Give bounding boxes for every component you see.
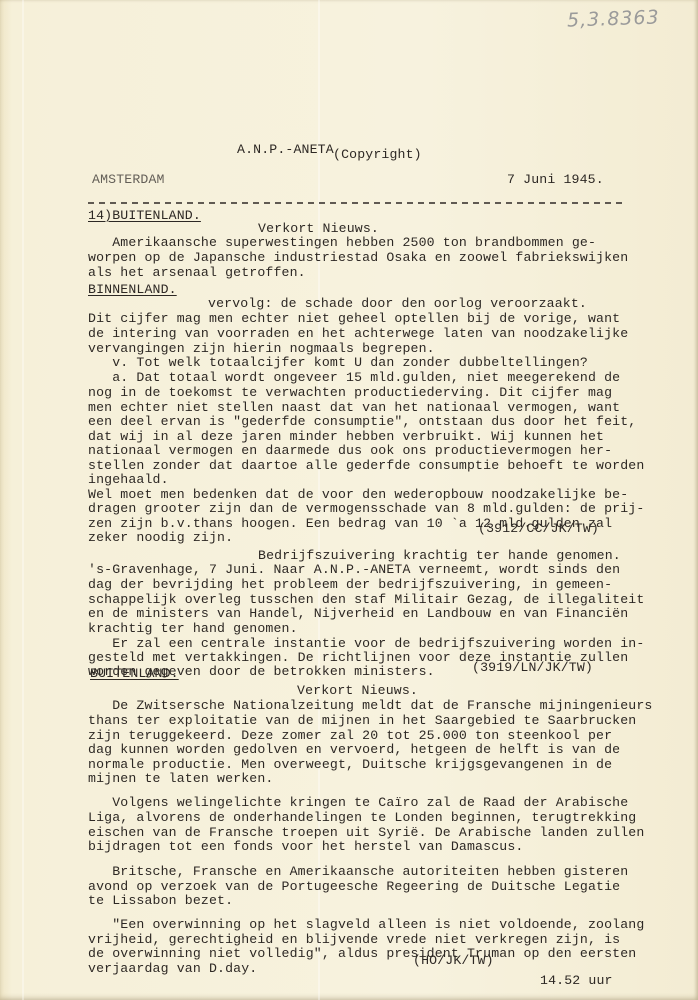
text-line: a. Dat totaal wordt ongeveer 15 mld.guld…	[88, 370, 620, 385]
text-line: nog in de toekomst te verwachten product…	[88, 385, 612, 400]
section-subheading: Verkort Nieuws.	[297, 683, 418, 698]
text-line: vrijheid, gerechtigheid en blijvende vre…	[88, 932, 620, 947]
text-line: 's-Gravenhage, 7 Juni. Naar A.N.P.-ANETA…	[88, 562, 620, 577]
text-line: Volgens welingelichte kringen te Caïro z…	[88, 795, 628, 810]
text-line: Amerikaansche superwestingen hebben 2500…	[88, 235, 596, 250]
text-line: dag der bevrijding het probleem der bedr…	[88, 577, 612, 592]
reference-code: (3912/CC/JK/TW)	[478, 521, 599, 536]
reference-code: (3919/LN/JK/TW)	[472, 660, 593, 675]
text-line: normale productie. Men overweegt, Duitsc…	[88, 757, 612, 772]
date-label: 7 Juni 1945.	[507, 172, 604, 187]
text-line: dragen grooter zijn dan de vermogensscha…	[88, 501, 644, 516]
typed-document-page: 5,3.8363 A.N.P.-ANETA (Copyright) AMSTER…	[0, 0, 698, 1000]
text-line: v. Tot welk totaalcijfer komt U dan zond…	[88, 355, 588, 370]
text-line: De Zwitsersche Nationalzeitung meldt dat…	[88, 698, 652, 713]
handwritten-archive-number: 5,3.8363	[567, 6, 660, 31]
section-subheading: Bedrijfszuivering krachtig ter hande gen…	[258, 548, 621, 563]
text-line: als het arsenaal getroffen.	[88, 265, 306, 280]
text-line: worpen op de Japansche industriestad Osa…	[88, 250, 628, 265]
text-line: vervangingen zijn hierin nogmaals begrep…	[88, 341, 435, 356]
text-line: thans ter exploitatie van de mijnen in h…	[88, 713, 636, 728]
text-line: "Een overwinning op het slagveld alleen …	[88, 917, 644, 932]
text-line: schappelijk overleg tusschen den staf Mi…	[88, 592, 644, 607]
section-heading-buitenland-2-visible: BUITENLAND.	[90, 666, 179, 681]
text-line: Wel moet men bedenken dat de voor den we…	[88, 487, 628, 502]
section-subheading: Verkort Nieuws.	[258, 221, 379, 236]
section-heading-buitenland-1: 14)BUITENLAND.	[88, 208, 201, 223]
section-subheading: vervolg: de schade door den oorlog veroo…	[208, 296, 587, 311]
separator-line	[88, 202, 626, 204]
text-line: ingehaald.	[88, 472, 169, 487]
text-line: nationaal vermogen en daarmede dus ook o…	[88, 443, 612, 458]
text-line: eischen van de Fransche troepen uit Syri…	[88, 825, 644, 840]
place-label: AMSTERDAM	[92, 172, 165, 187]
text-line: de intering van voorraden en het achterw…	[88, 326, 628, 341]
text-line: en de ministers van Handel, Nijverheid e…	[88, 606, 628, 621]
text-line: dag kunnen worden gedolven en vervoerd, …	[88, 742, 620, 757]
text-line: zijn teruggekeerd. Deze zomer zal 20 tot…	[88, 728, 612, 743]
text-line: Britsche, Fransche en Amerikaansche auto…	[88, 864, 628, 879]
timestamp: 14.52 uur	[540, 973, 613, 988]
section-heading-binnenland: BINNENLAND.	[88, 282, 177, 297]
text-line: de overwinning niet volledig", aldus pre…	[88, 946, 636, 961]
paper-edge	[22, 0, 24, 1000]
text-line: te Lissabon bezet.	[88, 893, 233, 908]
text-line: bijdragen tot een fonds voor het herstel…	[88, 839, 523, 854]
copyright-label: (Copyright)	[333, 147, 422, 162]
text-line: men echter niet stellen naast dat van he…	[88, 400, 620, 415]
text-line: mijnen te laten werken.	[88, 771, 273, 786]
text-line: avond op verzoek van de Portugeesche Reg…	[88, 879, 620, 894]
text-line: zeker noodig zijn.	[88, 530, 233, 545]
text-line: dat wij in al deze jaren minder hebben v…	[88, 429, 604, 444]
text-line: een deel ervan is "gederfde consumptie",…	[88, 414, 636, 429]
agency-header: A.N.P.-ANETA	[237, 142, 334, 157]
text-line: stellen zonder dat daartoe alle gederfde…	[88, 458, 644, 473]
text-line: krachtig ter hand genomen.	[88, 621, 298, 636]
reference-code: (HO/JK/TW)	[413, 953, 494, 968]
text-line: Liga, alvorens de onderhandelingen te Lo…	[88, 810, 636, 825]
text-line: verjaardag van D.day.	[88, 961, 257, 976]
text-line: Er zal een centrale instantie voor de be…	[88, 636, 644, 651]
text-line: Dit cijfer mag men echter niet geheel op…	[88, 311, 620, 326]
